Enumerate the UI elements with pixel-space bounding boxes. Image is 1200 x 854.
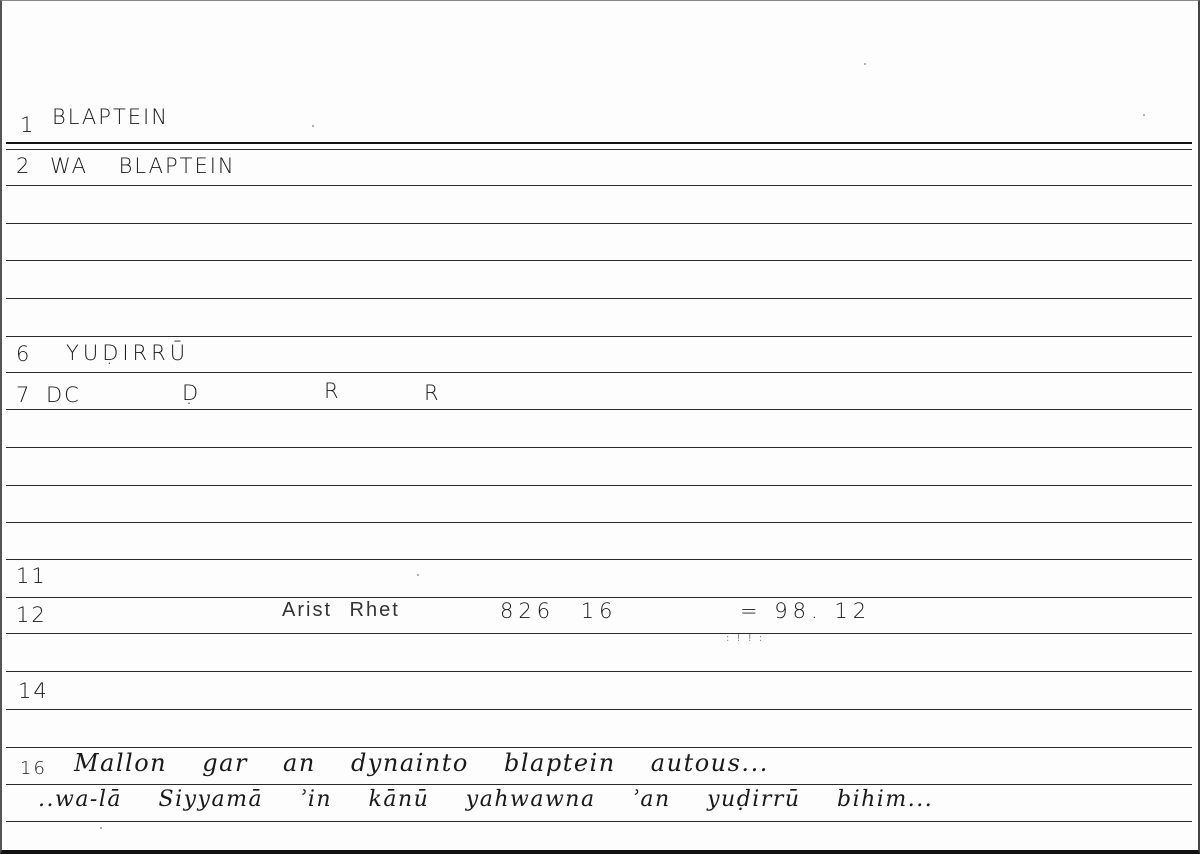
ruled-line	[6, 185, 1192, 186]
line-number: 12	[16, 603, 47, 627]
ruled-line	[6, 409, 1192, 410]
line-number: 6	[16, 342, 31, 366]
line-number: 14	[18, 679, 49, 703]
category-code: DC	[46, 383, 81, 407]
scan-speck	[1143, 114, 1145, 116]
faint-marks: : ! ! :	[726, 633, 764, 644]
line-number: 2	[16, 154, 31, 178]
ruled-line	[6, 298, 1192, 299]
scan-speck	[417, 574, 419, 576]
greek-quotation: Mallon gar an dynainto blaptein autous..…	[74, 749, 769, 777]
scan-speck	[312, 125, 314, 127]
arabic-translation: ..wa-lā Siyyamā ʾin kānū yahwawna ʾan yu…	[38, 787, 933, 812]
ruled-line	[6, 559, 1192, 560]
ruled-line	[6, 633, 1192, 634]
ruled-line	[6, 149, 1192, 150]
line-number: 11	[16, 564, 47, 588]
ruled-line	[6, 709, 1192, 710]
ruled-line	[6, 260, 1192, 261]
scan-speck	[864, 63, 866, 65]
source-reference: 826 16	[500, 599, 617, 623]
ruled-line	[6, 223, 1192, 224]
line-number: 1	[20, 113, 35, 137]
ruled-line	[6, 485, 1192, 486]
source-title: Arist Rhet	[282, 599, 400, 622]
line-number: 16	[20, 758, 47, 779]
ruled-line	[6, 522, 1192, 523]
translation-reference: = 98. 12	[740, 599, 871, 623]
line-number: 7	[16, 383, 31, 407]
ruled-line	[6, 142, 1192, 144]
arabic-root: YUḌIRRŪ	[66, 341, 189, 365]
ruled-line	[6, 336, 1192, 337]
headword: BLAPTEIN	[52, 105, 169, 129]
ruled-line	[6, 372, 1192, 373]
ruled-line	[6, 671, 1192, 672]
root-letter: R	[324, 379, 341, 403]
index-card: 1 BLAPTEIN 2 WA BLAPTEIN 6 YUḌIRRŪ 7 DC …	[0, 0, 1200, 854]
root-letter: Ḍ	[182, 381, 200, 405]
headword-variant: WA BLAPTEIN	[50, 154, 236, 178]
ruled-line	[6, 784, 1192, 785]
ruled-line	[6, 747, 1192, 748]
ruled-line	[6, 597, 1192, 598]
ruled-line	[6, 447, 1192, 448]
scan-speck	[100, 827, 102, 829]
root-letter: R	[424, 381, 441, 405]
ruled-line	[6, 821, 1192, 822]
